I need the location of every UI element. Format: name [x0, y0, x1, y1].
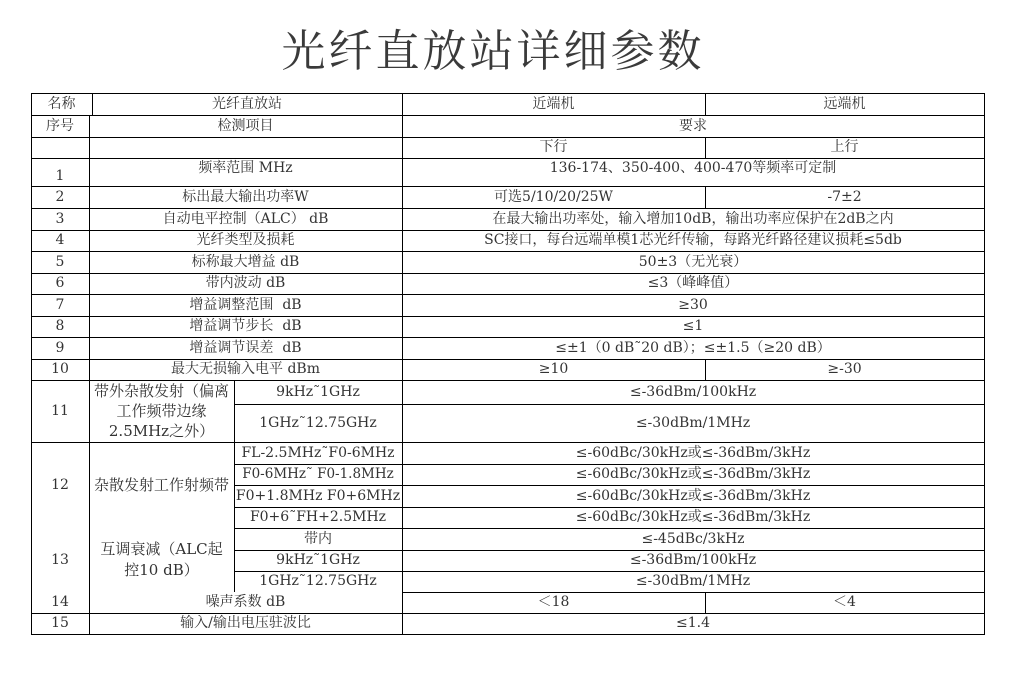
row-value: 50±3（无光衰）: [402, 251, 984, 273]
row-item: 输入/输出电压驻波比: [89, 613, 402, 634]
row-value: ≥30: [402, 294, 984, 316]
row-value: 在最大输出功率处，输入增加10dB，输出功率应保护在2dB之内: [402, 208, 984, 230]
page-title: 光纤直放站详细参数: [250, 22, 736, 82]
near-end-header: 近端机: [402, 93, 705, 115]
sub-range: 9kHz˜1GHz: [234, 380, 402, 404]
sub-range: F0-6MHz˜ F0-1.8MHz: [234, 464, 402, 485]
row-item: 频率范围 MHz: [89, 158, 402, 186]
seq-label: 序号: [31, 115, 89, 137]
row-value-uplink: ＜4: [705, 592, 984, 613]
row-value-downlink: ＜18: [402, 592, 705, 613]
row-item: 自动电平控制（ALC） dB: [89, 208, 402, 230]
row-item: 增益调节误差 dB: [89, 337, 402, 359]
row-value: ≤-45dBc/3kHz: [402, 528, 984, 550]
sub-range: 带内: [234, 528, 402, 550]
row-value: ≤3（峰峰值）: [402, 273, 984, 294]
row-value: ≤-60dBc/30kHz或≤-36dBm/3kHz: [402, 507, 984, 528]
name-value: 光纤直放站: [92, 93, 402, 115]
row-number: 13: [31, 528, 89, 592]
row-number: 11: [31, 380, 89, 442]
row-number: 6: [31, 273, 89, 294]
requirement-label: 要求: [402, 115, 984, 137]
row-number: 4: [31, 230, 89, 251]
row-item: 标称最大增益 dB: [89, 251, 402, 273]
row-item: 光纤类型及损耗: [89, 230, 402, 251]
row-value: ≤-60dBc/30kHz或≤-36dBm/3kHz: [402, 485, 984, 507]
row-item: 互调衰减（ALC起控10 dB）: [89, 528, 234, 592]
row-value-uplink: ≥-30: [705, 359, 984, 380]
row-item: 带内波动 dB: [89, 273, 402, 294]
row-value: ≤-60dBc/30kHz或≤-36dBm/3kHz: [402, 442, 984, 464]
row-item: 噪声系数 dB: [89, 592, 402, 613]
table-border-bottom: [31, 634, 985, 635]
sub-range: FL-2.5MHz˜F0-6MHz: [234, 442, 402, 464]
row-number: 12: [31, 442, 89, 528]
row-value: ≤±1（0 dB˜20 dB）；≤±1.5（≥20 dB）: [402, 337, 984, 359]
row-item: 增益调整范围 dB: [89, 294, 402, 316]
sub-range: 9kHz˜1GHz: [234, 550, 402, 571]
row-value: SC接口，每台远端单模1芯光纤传输，每路光纤路径建议损耗≤5db: [402, 230, 984, 251]
row-value-downlink: 可选5/10/20/25W: [402, 186, 705, 208]
table-border-right: [984, 93, 985, 635]
row-number: 7: [31, 294, 89, 316]
far-end-header: 远端机: [705, 93, 984, 115]
row-number: 10: [31, 359, 89, 380]
sub-range: F0+1.8MHz F0+6MHz: [234, 485, 402, 507]
row-number: 5: [31, 251, 89, 273]
row-value: 136-174、350-400、400-470等频率可定制: [402, 158, 984, 186]
item-label: 检测项目: [89, 115, 402, 137]
uplink-header: 上行: [705, 137, 984, 158]
row-number: 8: [31, 316, 89, 337]
row-value: ≤1: [402, 316, 984, 337]
row-item: 带外杂散发射（偏离工作频带边缘2.5MHz之外）: [89, 380, 234, 442]
row-value-uplink: -7±2: [705, 186, 984, 208]
row-value: ≤-30dBm/1MHz: [402, 571, 984, 592]
row-value: ≤1.4: [402, 613, 984, 634]
row-value-downlink: ≥10: [402, 359, 705, 380]
downlink-header: 下行: [402, 137, 705, 158]
row-item: 杂散发射工作射频带: [89, 442, 234, 528]
row-value: ≤-60dBc/30kHz或≤-36dBm/3kHz: [402, 464, 984, 485]
sub-range: F0+6˜FH+2.5MHz: [234, 507, 402, 528]
sub-range: 1GHz˜12.75GHz: [234, 404, 402, 442]
row-item: 标出最大输出功率W: [89, 186, 402, 208]
row-number: 2: [31, 186, 89, 208]
row-number: 1: [31, 158, 89, 186]
row-value: ≤-36dBm/100kHz: [402, 550, 984, 571]
row-item: 增益调节步长 dB: [89, 316, 402, 337]
row-item: 最大无损输入电平 dBm: [89, 359, 402, 380]
row-number: 14: [31, 592, 89, 613]
row-number: 3: [31, 208, 89, 230]
row-number: 9: [31, 337, 89, 359]
row-value: ≤-30dBm/1MHz: [402, 404, 984, 442]
row-number: 15: [31, 613, 89, 634]
row-value: ≤-36dBm/100kHz: [402, 380, 984, 404]
name-label: 名称: [31, 93, 92, 115]
sub-range: 1GHz˜12.75GHz: [234, 571, 402, 592]
